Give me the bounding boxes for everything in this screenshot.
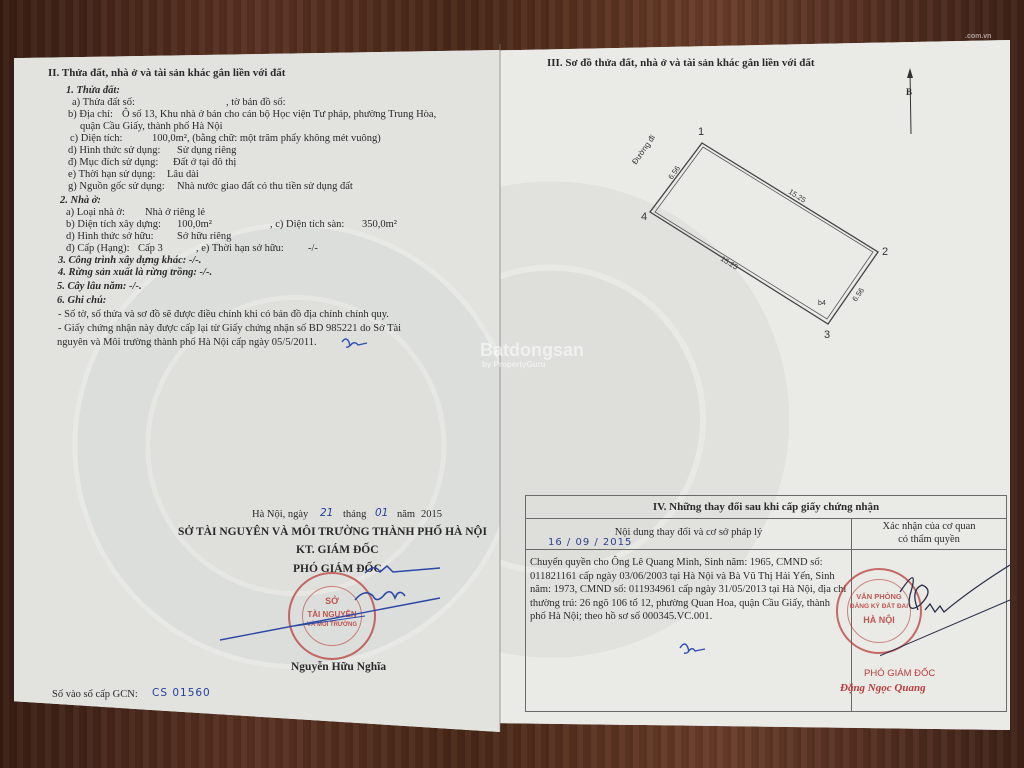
perennial-trees: 5. Cây lâu năm: -/-. bbox=[57, 280, 142, 293]
col-confirm-header-line2: có thẩm quyền bbox=[852, 533, 1006, 546]
section-2-title: II. Thửa đất, nhà ở và tài sản khác gắn … bbox=[48, 67, 285, 80]
point-2: 2 bbox=[882, 246, 888, 258]
issue-date-prefix: Hà Nội, ngày bbox=[252, 508, 308, 521]
floor-area-value: 350,0m² bbox=[362, 218, 397, 231]
floor-area-label: , c) Diện tích sàn: bbox=[270, 218, 344, 231]
change-initial-icon bbox=[677, 640, 707, 660]
point-1: 1 bbox=[698, 126, 704, 138]
north-label: B bbox=[906, 86, 912, 99]
changes-table-title: IV. Những thay đổi sau khi cấp giấy chứn… bbox=[526, 496, 1006, 519]
edge-4-3-length: 15.25 bbox=[719, 254, 740, 272]
notes-heading: 6. Ghi chú: bbox=[57, 294, 106, 307]
inner-label: b4 bbox=[818, 300, 826, 307]
land-plot-diagram: 1 2 3 4 15.25 15.25 6.56 6.56 Đường đi b… bbox=[620, 120, 900, 340]
kt-director: KT. GIÁM ĐỐC bbox=[296, 544, 379, 557]
usage-origin-label: g) Nguồn gốc sử dụng: bbox=[68, 180, 165, 193]
col-confirm-header-line1: Xác nhận của cơ quan bbox=[852, 520, 1006, 533]
initial-signature-icon bbox=[340, 334, 370, 352]
confirm-signature-icon bbox=[880, 560, 1015, 660]
change-date-handwritten: 16 / 09 / 2015 bbox=[548, 536, 632, 549]
confirm-signer: Đặng Ngọc Quang bbox=[840, 682, 926, 695]
watermark-sub: by PropertyGuru bbox=[482, 360, 546, 369]
register-number: CS 01560 bbox=[152, 687, 211, 700]
issue-day: 21 bbox=[320, 507, 333, 520]
issuing-agency: SỞ TÀI NGUYÊN VÀ MÔI TRƯỜNG THÀNH PHỐ HÀ… bbox=[178, 526, 487, 539]
point-3: 3 bbox=[824, 329, 830, 340]
planted-forest: 4. Rừng sản xuất là rừng trồng: -/-. bbox=[58, 266, 212, 279]
register-label: Số vào sổ cấp GCN: bbox=[52, 688, 138, 701]
usage-origin-value: Nhà nước giao đất có thu tiền sử dụng đấ… bbox=[177, 180, 353, 193]
ownership-term-label: , e) Thời hạn sở hữu: bbox=[196, 242, 284, 255]
page-fold bbox=[499, 44, 501, 732]
issue-year-label: năm bbox=[397, 508, 415, 521]
note-line-1: - Số tờ, số thửa và sơ đồ sẽ được điều c… bbox=[58, 308, 389, 321]
note-line-3: nguyên và Môi trường thành phố Hà Nội cấ… bbox=[57, 336, 317, 349]
watermark-brand: Batdongsan bbox=[480, 340, 584, 361]
signer-name: Nguyễn Hữu Nghĩa bbox=[291, 661, 386, 674]
issue-year: 2015 bbox=[421, 508, 442, 521]
watermark-corner: .com.vn bbox=[965, 33, 991, 40]
north-arrow-icon bbox=[900, 66, 920, 136]
col-confirm-header: Xác nhận của cơ quan có thẩm quyền bbox=[852, 520, 1006, 546]
road-label: Đường đi bbox=[630, 133, 657, 166]
director-signature-icon bbox=[215, 558, 465, 648]
change-content: Chuyển quyền cho Ông Lê Quang Minh, Sinh… bbox=[530, 556, 848, 624]
issue-month-label: tháng bbox=[343, 508, 366, 521]
ownership-term-value: -/- bbox=[308, 242, 318, 255]
issue-month: 01 bbox=[375, 507, 388, 520]
confirm-role: PHÓ GIÁM ĐỐC bbox=[864, 667, 935, 680]
section-3-title: III. Sơ đồ thửa đất, nhà ở và tài sản kh… bbox=[547, 57, 815, 70]
point-4: 4 bbox=[641, 211, 647, 223]
